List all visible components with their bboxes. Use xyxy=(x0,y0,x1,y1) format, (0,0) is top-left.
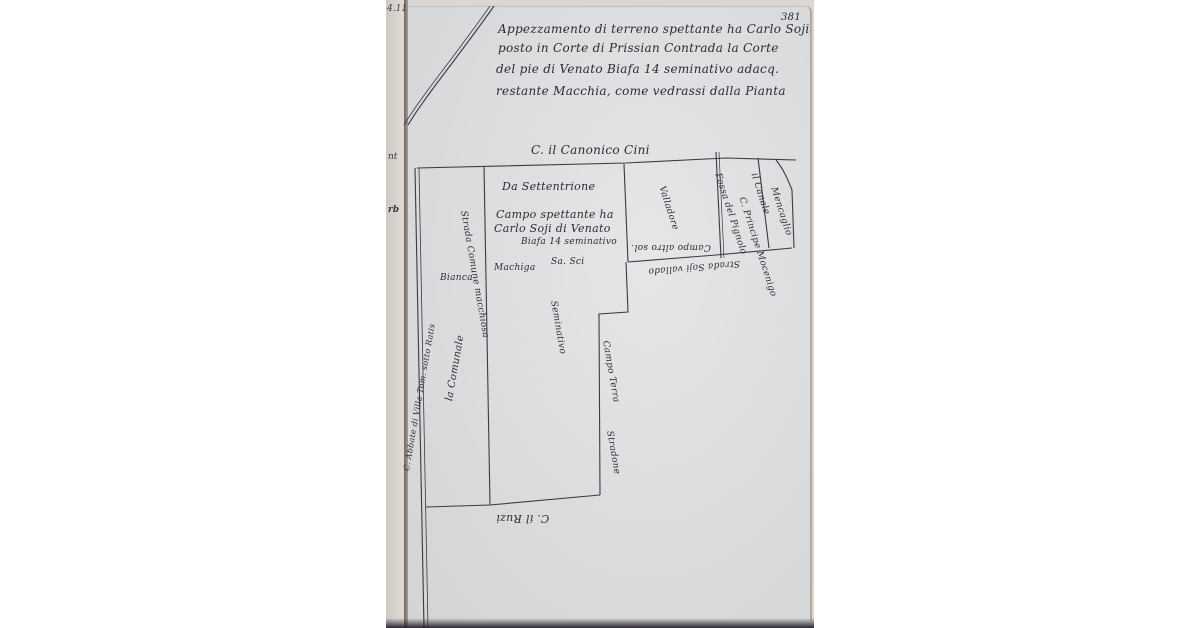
heading-line-2: posto in Corte di Prissian Contrada la C… xyxy=(498,41,779,55)
heading-line-4: restante Macchia, come vedrassi dalla Pi… xyxy=(496,84,786,98)
north-boundary-label: C. il Canonico Cini xyxy=(531,143,650,157)
heading-line-3: del pie di Venato Biafa 14 seminativo ad… xyxy=(496,62,779,76)
vasco-label: Sa. Sci xyxy=(551,257,584,267)
rivolti-label-1: Campo altro sol. xyxy=(631,242,711,252)
main-field-label-2: Carlo Soji di Venato xyxy=(494,222,611,235)
scanned-page: 4.11 nt rb 381 Appezzamento di xyxy=(386,0,814,628)
orientation-label: Da Settentrione xyxy=(502,180,595,193)
machia-label: Machiga xyxy=(494,263,536,273)
heading-line-1: Appezzamento di terreno spettante ha Car… xyxy=(498,22,810,36)
main-field-label-3: Biafa 14 seminativo xyxy=(521,237,617,247)
south-boundary-label: C. il Ruzi xyxy=(496,512,549,525)
main-field-label-1: Campo spettante ha xyxy=(496,208,614,221)
page-bottom-shadow xyxy=(386,618,814,628)
stradone-label: Bianca xyxy=(440,273,473,283)
